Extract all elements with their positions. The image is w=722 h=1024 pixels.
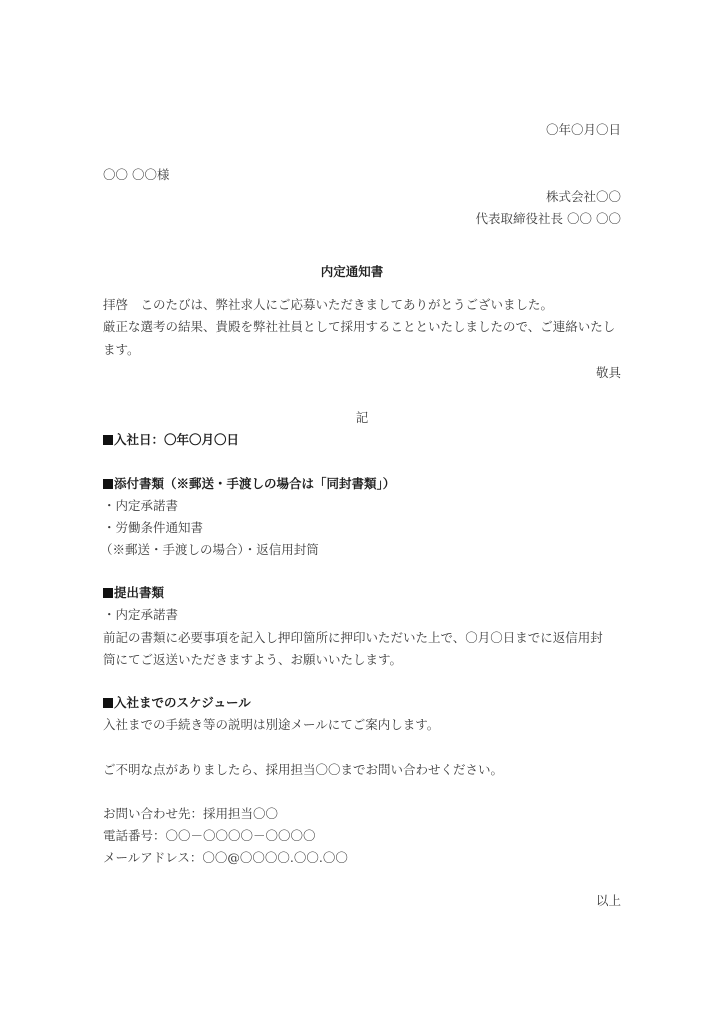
attachment-item: （※郵送・手渡しの場合）・返信用封筒 xyxy=(100,539,618,561)
company-name: 株式会社〇〇 xyxy=(103,186,621,208)
contact-phone: 電話番号：〇〇－〇〇〇〇－〇〇〇〇 xyxy=(103,825,621,847)
body-line-2: 厳正な選考の結果、貴殿を弊社社員として採用することといたしましたので、ご連絡いた… xyxy=(103,316,621,338)
black-square-bullet-icon xyxy=(103,435,113,445)
attachment-item: ・内定承諾書 xyxy=(103,495,621,517)
recipient-name: 〇〇 〇〇様 xyxy=(103,164,621,186)
body-line-3: ます。 xyxy=(103,339,621,361)
closing-keigu: 敬具 xyxy=(103,362,621,384)
submission-note-line-2: 筒にてご返送いただきますよう、お願いいたします。 xyxy=(103,649,621,671)
schedule-heading: 入社までのスケジュール xyxy=(114,695,251,710)
attachment-item: ・労働条件通知書 xyxy=(103,517,621,539)
section-schedule: 入社までのスケジュール xyxy=(103,692,621,714)
end-label: 以上 xyxy=(103,890,621,912)
section-attachments: 添付書類（※郵送・手渡しの場合は「同封書類」） xyxy=(103,473,621,495)
body-line-1: 拝啓 このたびは、弊社求人にご応募いただきましてありがとうございました。 xyxy=(103,294,621,316)
submission-heading: 提出書類 xyxy=(114,585,164,600)
attachments-heading: 添付書類（※郵送・手渡しの場合は「同封書類」） xyxy=(114,476,395,491)
section-start-date: 入社日：〇年〇月〇日 xyxy=(103,429,621,451)
start-date-heading: 入社日：〇年〇月〇日 xyxy=(114,432,239,447)
submission-item: ・内定承諾書 xyxy=(103,604,621,626)
black-square-bullet-icon xyxy=(103,588,113,598)
record-label: 記 xyxy=(103,407,621,429)
contact-email: メールアドレス：〇〇@〇〇〇〇.〇〇.〇〇 xyxy=(103,847,621,869)
black-square-bullet-icon xyxy=(103,698,113,708)
schedule-text: 入社までの手続き等の説明は別途メールにてご案内します。 xyxy=(103,714,621,736)
inquiry-text: ご不明な点がありましたら、採用担当〇〇までお問い合わせください。 xyxy=(103,759,621,781)
contact-person: お問い合わせ先：採用担当〇〇 xyxy=(103,803,621,825)
document-title: 内定通知書 xyxy=(103,261,621,283)
representative-name: 代表取締役社長 〇〇 〇〇 xyxy=(103,208,621,230)
document-date: 〇年〇月〇日 xyxy=(103,119,621,141)
section-submission: 提出書類 xyxy=(103,582,621,604)
document-page: 〇年〇月〇日 〇〇 〇〇様 株式会社〇〇 代表取締役社長 〇〇 〇〇 内定通知書… xyxy=(0,0,722,1024)
submission-note-line-1: 前記の書類に必要事項を記入し押印箇所に押印いただいた上で、〇月〇日までに返信用封 xyxy=(103,627,621,649)
black-square-bullet-icon xyxy=(103,479,113,489)
